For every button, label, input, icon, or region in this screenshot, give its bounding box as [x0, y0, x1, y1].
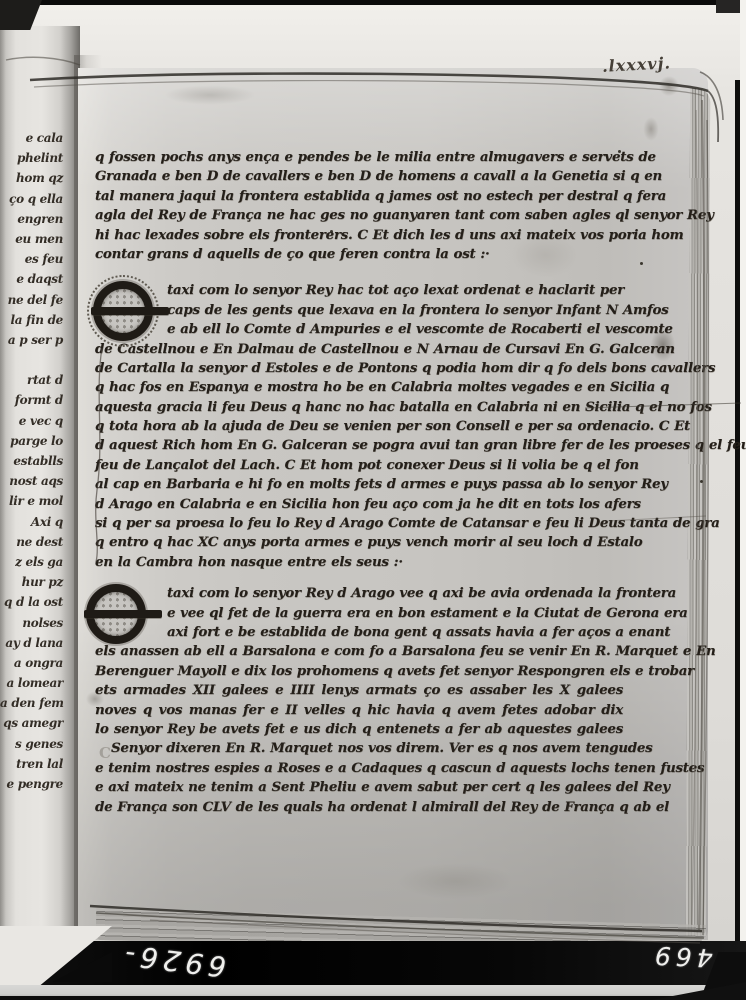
manuscript-photograph: e cala phelint hom qz ço q ella engren e… — [0, 0, 746, 1000]
text-line: e tenim nostres espies a Roses e a Cadaq… — [95, 759, 623, 778]
text-line: els anassen ab ell a Barsalona e com fo … — [95, 642, 623, 661]
facing-line-fragment: hom qz — [0, 168, 70, 188]
text-line: lo senyor Rey be avets fet e us dich q e… — [95, 720, 623, 739]
text-line: de França son CLV de les quals ha ordena… — [95, 798, 623, 817]
facing-line-fragment: ne dest — [0, 532, 70, 552]
facing-line-fragment: ço q ella — [0, 189, 70, 209]
facing-line-fragment: a lomear — [0, 673, 70, 693]
text-line: q entro q hac XC anys porta armes e puys… — [95, 533, 623, 552]
text-line: e axi mateix ne tenim a Sent Pheliu e av… — [95, 778, 623, 797]
text-line: d Arago en Calabria e en Sicilia hon feu… — [95, 495, 623, 514]
facing-line-fragment: tren lal — [0, 754, 70, 774]
facing-page-sliver: e cala phelint hom qz ço q ella engren e… — [0, 26, 80, 938]
facing-line-fragment: establls — [0, 451, 70, 471]
facing-line-fragment: parge lo — [0, 431, 70, 451]
facing-line-fragment: nolses — [0, 613, 70, 633]
initial-crossbar — [91, 307, 169, 315]
facing-line-fragment — [0, 350, 70, 370]
text-line: aquesta gracia li feu Deus q hanc no hac… — [95, 398, 623, 417]
text-line: e ab ell lo Comte d Ampuries e el vescom… — [95, 320, 623, 339]
paragraph: taxi com lo senyor Rey d Arago vee q axi… — [95, 584, 623, 817]
text-line: agla del Rey de França ne hac ges no gua… — [95, 206, 623, 225]
facing-line-fragment: nost aqs — [0, 471, 70, 491]
text-line: de Castellnou e En Dalmau de Castellnou … — [95, 340, 623, 359]
text-line: en la Cambra hon nasque entre els seus :… — [95, 553, 623, 572]
facing-line-fragment: e daqst — [0, 269, 70, 289]
speck — [640, 262, 643, 265]
facing-line-fragment: Axi q — [0, 512, 70, 532]
facing-line-fragment: a ongra — [0, 653, 70, 673]
text-line: d aquest Rich hom En G. Galceran se pogr… — [95, 436, 623, 455]
facing-line-fragment: phelint — [0, 148, 70, 168]
text-line: contar grans d aquells de ço que feren c… — [95, 245, 623, 264]
facing-line-fragment: la fin de — [0, 310, 70, 330]
text-line: hi hac lexades sobre els fronterers. C E… — [95, 226, 623, 245]
facing-line-fragment: a p ser p — [0, 330, 70, 350]
speck — [700, 480, 703, 483]
text-line: Berenguer Mayoll e dix los prohomens q a… — [95, 662, 623, 681]
initial-ornament-ring — [86, 584, 146, 644]
facing-line-fragment: a den fem — [0, 693, 70, 713]
facing-line-fragment: e vec q — [0, 411, 70, 431]
text-block: q fossen pochs anys ença e pendes be le … — [95, 148, 623, 817]
text-line: feu de Lançalot del Lach. C Et hom pot c… — [95, 456, 623, 475]
initial-crossbar — [84, 610, 162, 618]
facing-line-fragment: e cala — [0, 128, 70, 148]
facing-line-fragment: s genes — [0, 734, 70, 754]
facing-line-fragment: rtat d — [0, 370, 70, 390]
facing-line-fragment: ay d lana — [0, 633, 70, 653]
text-line: noves q vos manas fer e II velles q hic … — [95, 701, 623, 720]
text-line: Senyor dixeren En R. Marquet nos vos dir… — [95, 739, 623, 758]
facing-line-fragment: lir e mol — [0, 491, 70, 511]
plate-number-inverted: 469 — [649, 940, 713, 972]
facing-page-text-column: e cala phelint hom qz ço q ella engren e… — [0, 128, 70, 794]
paragraph: taxi com lo senyor Rey hac tot aço lexat… — [95, 281, 623, 572]
plate-bottom-edge — [0, 996, 746, 1000]
facing-line-fragment: hur pz — [0, 572, 70, 592]
plate-top-edge — [0, 0, 746, 5]
text-line: si q per sa proesa lo feu lo Rey d Arago… — [95, 514, 623, 533]
decorated-initial-E: E — [86, 584, 146, 644]
facing-line-fragment: q d la ost — [0, 592, 70, 612]
facing-line-fragment: eu men — [0, 229, 70, 249]
manuscript-page: q fossen pochs anys ença e pendes be le … — [78, 68, 708, 940]
text-line: q hac fos en Espanya e mostra ho be en C… — [95, 378, 623, 397]
text-line: taxi com lo senyor Rey hac tot aço lexat… — [95, 281, 623, 300]
text-line: al cap en Barbaria e hi fo en molts fets… — [95, 475, 623, 494]
facing-line-fragment: z els ga — [0, 552, 70, 572]
facing-line-fragment: qs amegr — [0, 713, 70, 733]
text-line: ets armades XII galees e IIII lenys arma… — [95, 681, 623, 700]
text-line: q tota hora ab la ajuda de Deu se venien… — [95, 417, 623, 436]
facing-line-fragment: formt d — [0, 390, 70, 410]
facing-line-fragment: ne del fe — [0, 290, 70, 310]
text-line: e vee ql fet de la guerra era en bon est… — [95, 604, 623, 623]
text-line: caps de les gents que lexava en la front… — [95, 301, 623, 320]
initial-ornament-ring — [93, 281, 153, 341]
text-line: axi fort e be establida de bona gent q a… — [95, 623, 623, 642]
decorated-initial-E: E — [93, 281, 153, 341]
text-line: Granada e ben D de cavallers e ben D de … — [95, 167, 623, 186]
facing-line-fragment: es feu — [0, 249, 70, 269]
text-line: q fossen pochs anys ença e pendes be le … — [95, 148, 623, 167]
paragraph: q fossen pochs anys ença e pendes be le … — [95, 148, 623, 264]
facing-line-fragment: engren — [0, 209, 70, 229]
plate-right-margin — [740, 0, 746, 1000]
text-line: de Cartalla la senyor d Estoles e de Pon… — [95, 359, 623, 378]
text-line: tal manera jaqui la frontera establida q… — [95, 187, 623, 206]
facing-line-fragment: e pengre — [0, 774, 70, 794]
paragraph-mark-faint: C — [99, 744, 111, 762]
text-line: taxi com lo senyor Rey d Arago vee q axi… — [95, 584, 623, 603]
